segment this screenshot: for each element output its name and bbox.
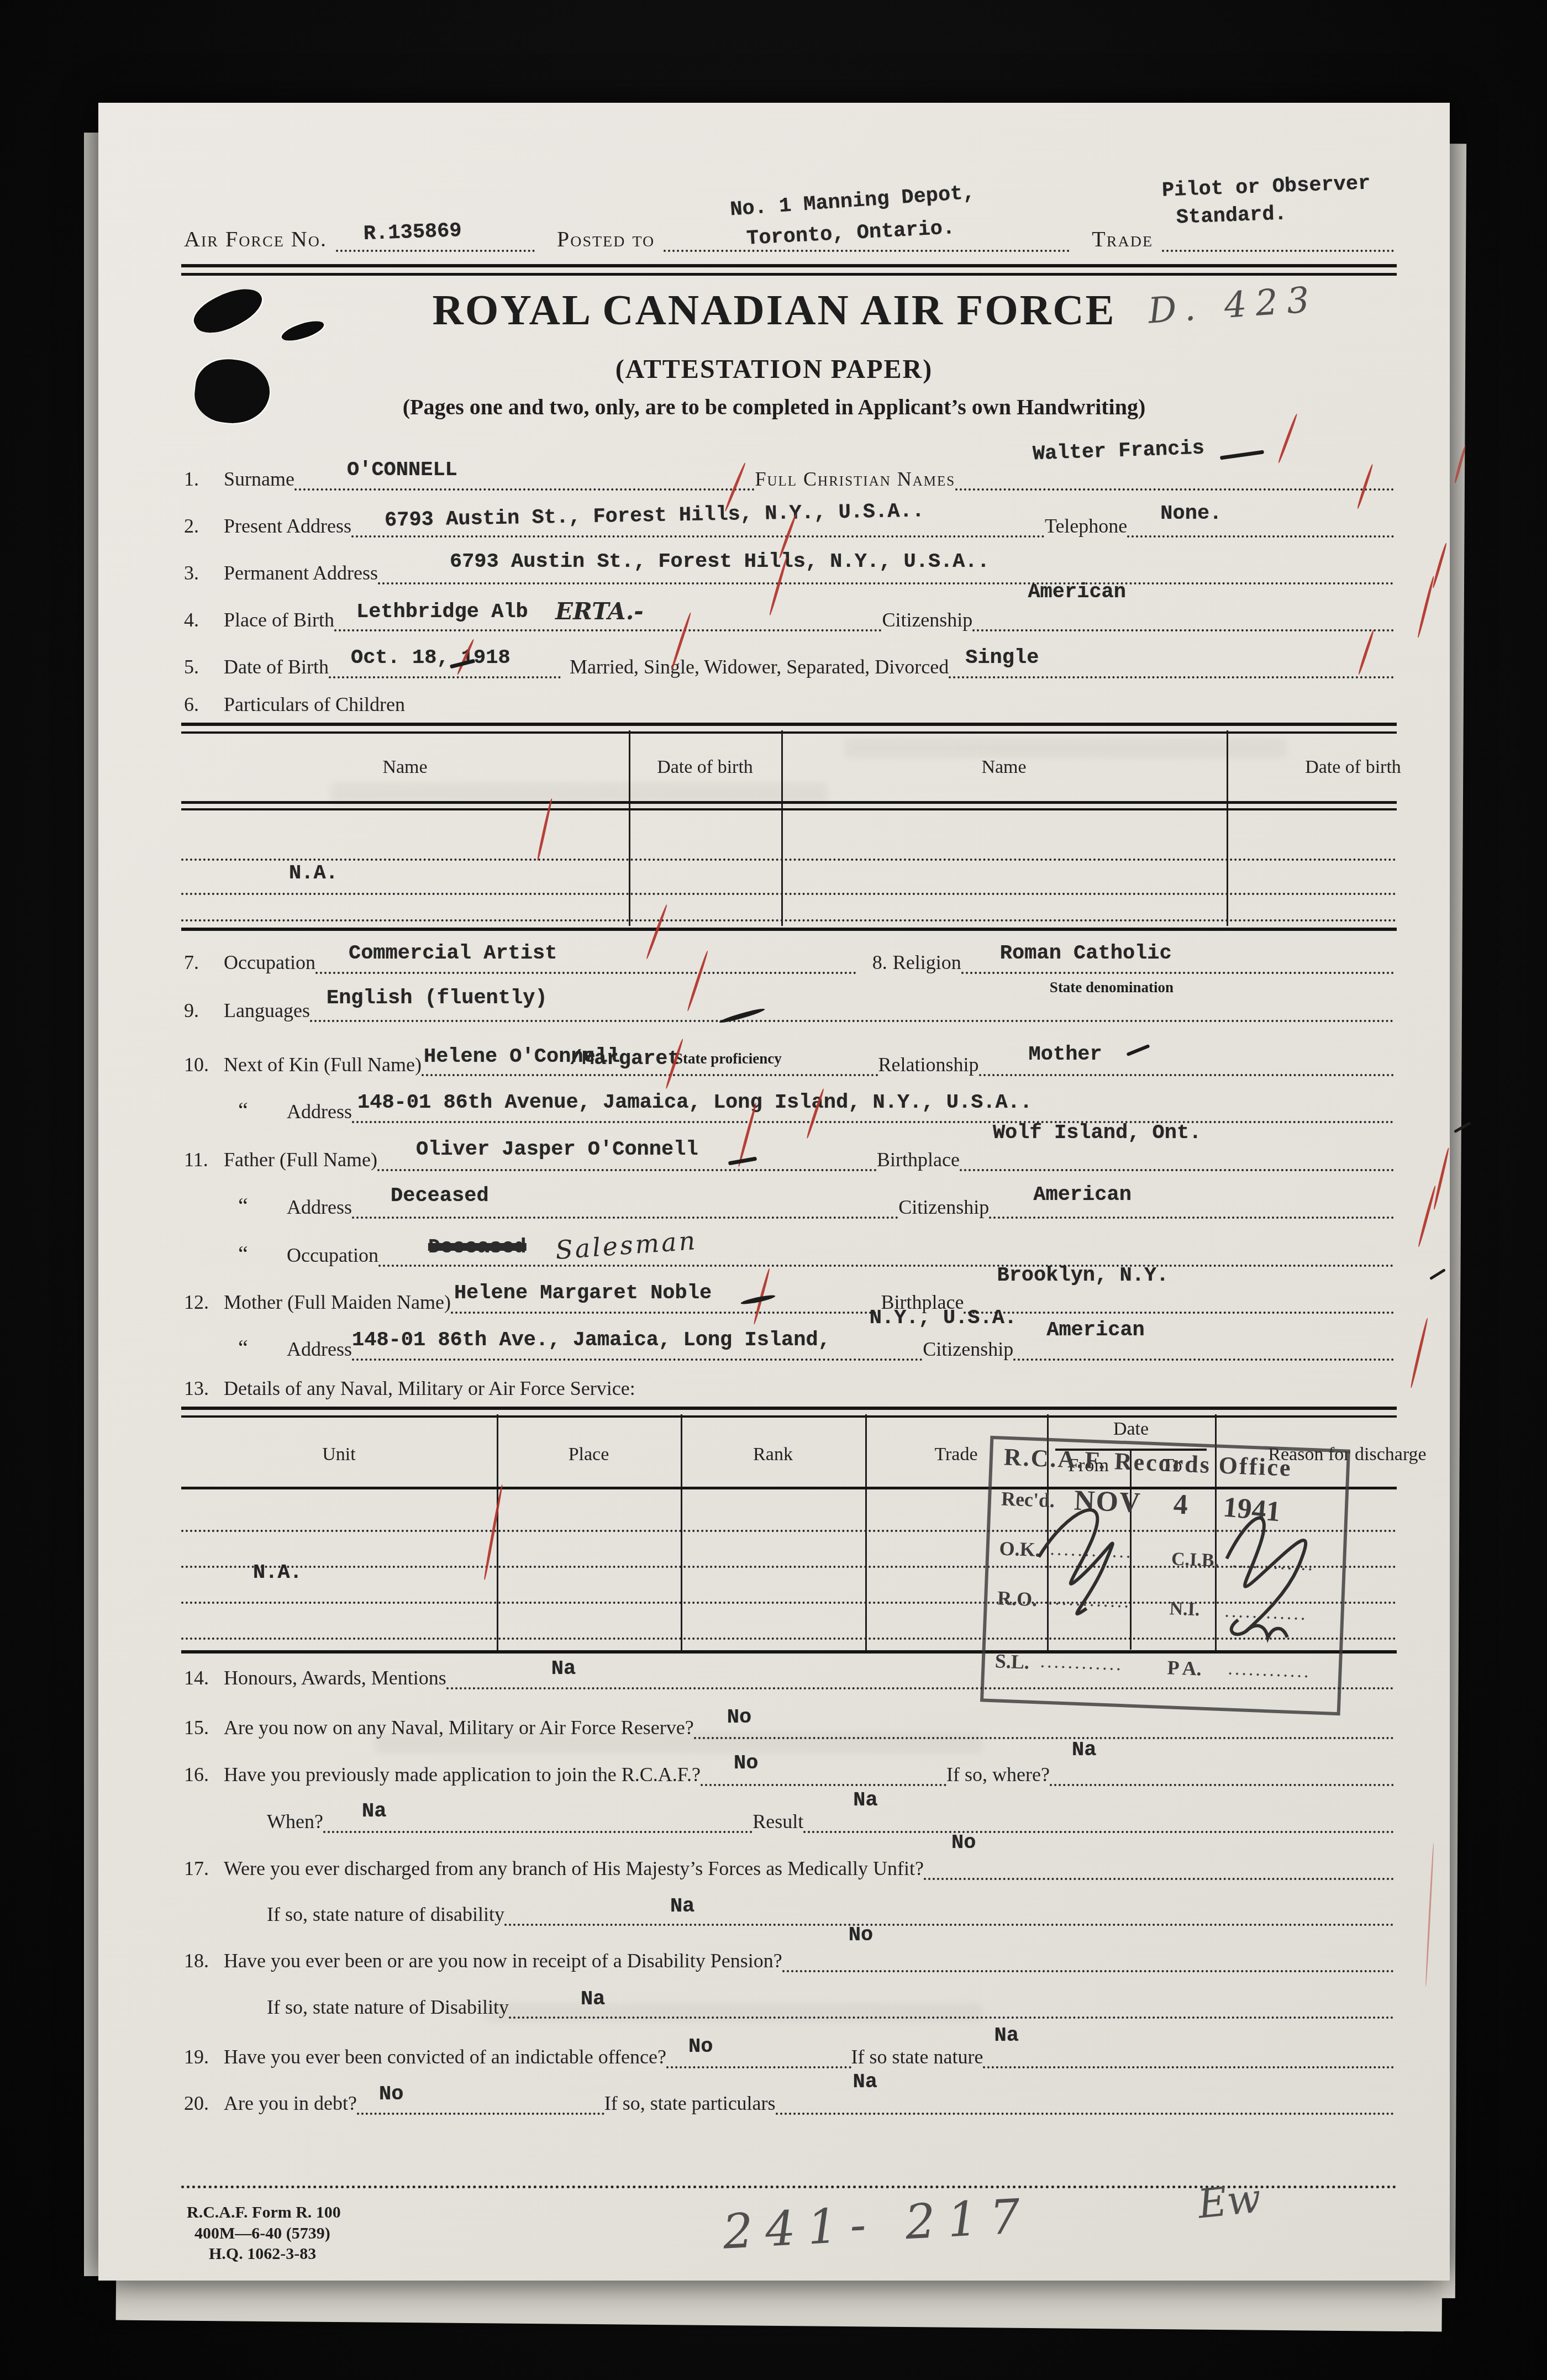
field-father-occupation-row: “ Occupation Deceased Salesman bbox=[184, 1227, 1394, 1267]
attestation-paper-sheet: Air Force No. R.135869 Posted to No. 1 M… bbox=[98, 103, 1450, 2281]
field-number: 4. bbox=[184, 608, 224, 631]
red-checkmark bbox=[1433, 1147, 1450, 1210]
children-col-dob-1: Date of birth bbox=[629, 757, 781, 778]
red-checkmark bbox=[1417, 576, 1435, 638]
field-debt-row: 20. Are you in debt? No If so, state par… bbox=[184, 2075, 1394, 2115]
previous-application-value: No bbox=[734, 1752, 758, 1775]
permanent-address-label: Permanent Address bbox=[224, 561, 378, 585]
citizenship-label: Citizenship bbox=[882, 608, 972, 631]
field-number: 20. bbox=[184, 2092, 224, 2115]
debt-particulars-value: Na bbox=[853, 2071, 877, 2094]
field-number: 9. bbox=[184, 999, 224, 1022]
indictable-offence-value: No bbox=[688, 2035, 713, 2058]
service-na-value: N.A. bbox=[253, 1561, 302, 1584]
mother-birthplace-line: Brooklyn, N.Y. bbox=[964, 1272, 1394, 1314]
table-dotted-row bbox=[181, 859, 1397, 861]
field-number: 7. bbox=[184, 951, 224, 974]
medically-unfit-label: Were you ever discharged from any branch… bbox=[224, 1857, 924, 1880]
languages-value: English (fluently) bbox=[327, 987, 548, 1010]
if-so-where-label: If so, where? bbox=[946, 1763, 1050, 1786]
field-number: 16. bbox=[184, 1763, 224, 1786]
field-kin-address-row: “ Address 148-01 86th Avenue, Jamaica, L… bbox=[184, 1083, 1394, 1123]
father-occupation-label: Occupation bbox=[287, 1244, 378, 1267]
father-name-value: Oliver Jasper O'Connell bbox=[416, 1138, 698, 1161]
instruction-block: (Pages one and two, only, are to be comp… bbox=[98, 394, 1450, 420]
form-number: R.C.A.F. Form R. 100 bbox=[187, 2202, 341, 2223]
mother-name-value: Helene Margaret Noble bbox=[454, 1282, 712, 1305]
telephone-value: None. bbox=[1160, 502, 1222, 525]
field-mother-row: 12. Mother (Full Maiden Name) Helene Mar… bbox=[184, 1274, 1394, 1314]
when-value: Na bbox=[362, 1800, 386, 1823]
field-number: 10. bbox=[184, 1053, 224, 1076]
marital-status-line: Single bbox=[949, 636, 1394, 678]
reserve-line: No bbox=[694, 1697, 1394, 1739]
surname-value: O'CONNELL bbox=[347, 459, 457, 482]
children-header-rule bbox=[181, 801, 1397, 810]
pencil-file-numbers: 241- 217 bbox=[722, 2188, 1034, 2260]
field-children-row: 6. Particulars of Children bbox=[184, 683, 1394, 716]
place-of-birth-handwritten-correction: ERTA.- bbox=[555, 598, 644, 625]
field-number: 1. bbox=[184, 467, 224, 491]
scanned-document-photo: { "colors":{"paper":"#e8e5df","ink":"#1e… bbox=[0, 0, 1547, 2380]
field-number: 17. bbox=[184, 1857, 224, 1880]
field-number: 15. bbox=[184, 1716, 224, 1739]
honours-line: Na bbox=[446, 1647, 1394, 1689]
previous-application-line: No bbox=[701, 1744, 946, 1786]
header-double-rule bbox=[181, 264, 1397, 276]
date-of-birth-value: Oct. 18, 1918 bbox=[351, 646, 511, 670]
disability-pension-line: No bbox=[782, 1930, 1394, 1972]
disability-nature-label: If so, state nature of disability bbox=[267, 1903, 504, 1926]
father-citizenship-value: American bbox=[1033, 1183, 1132, 1207]
father-occupation-struck-value: Deceased bbox=[428, 1236, 527, 1259]
surname-line: O'CONNELL bbox=[294, 449, 755, 491]
kin-address-label: Address bbox=[287, 1100, 352, 1123]
result-label: Result bbox=[753, 1810, 803, 1833]
present-address-label: Present Address bbox=[224, 514, 351, 538]
offence-nature-value: Na bbox=[994, 2024, 1018, 2047]
field-number: 19. bbox=[184, 2045, 224, 2068]
field-number: 18. bbox=[184, 1949, 224, 1972]
reserve-question-label: Are you now on any Naval, Military or Ai… bbox=[224, 1716, 694, 1739]
mother-birthplace-value: Brooklyn, N.Y. bbox=[997, 1264, 1169, 1287]
trade-line: Pilot or Observer Standard. bbox=[1162, 206, 1394, 252]
field-surname-row: 1. Surname O'CONNELL Full Christian Name… bbox=[184, 451, 1394, 491]
field-indictable-offence-row: 19. Have you ever been convicted of an i… bbox=[184, 2029, 1394, 2068]
father-name-line: Oliver Jasper O'Connell bbox=[377, 1129, 877, 1171]
red-checkmark bbox=[1432, 543, 1447, 588]
father-birthplace-line: Wolf Island, Ont. bbox=[960, 1129, 1394, 1171]
date-of-birth-line: Oct. 18, 1918 bbox=[329, 636, 561, 678]
print-run-code: 400M—6-40 (5739) bbox=[187, 2223, 341, 2244]
children-table: Name Date of birth Name Date of birth N.… bbox=[181, 723, 1397, 926]
father-address-line: Deceased bbox=[352, 1177, 898, 1219]
air-force-no-line: R.135869 bbox=[336, 206, 535, 252]
relationship-label: Relationship bbox=[878, 1053, 979, 1076]
debt-question-label: Are you in debt? bbox=[224, 2092, 357, 2115]
mother-address-overflow-value: N.Y., U.S.A. bbox=[870, 1307, 1017, 1330]
children-table-bottom-rule bbox=[181, 923, 1397, 931]
subtitle-block: (ATTESTATION PAPER) bbox=[98, 354, 1450, 385]
occupation-label: Occupation bbox=[224, 951, 315, 974]
field-service-row: 13. Details of any Naval, Military or Ai… bbox=[184, 1367, 1394, 1400]
indictable-offence-line: No bbox=[666, 2026, 851, 2068]
field-disability-nature2-row: If so, state nature of Disability Na bbox=[184, 1979, 1394, 2019]
trade-note-line1: Pilot or Observer bbox=[1161, 172, 1371, 202]
father-citizenship-line: American bbox=[989, 1177, 1394, 1219]
mother-citizenship-value: American bbox=[1046, 1319, 1145, 1342]
red-checkmark bbox=[1409, 1318, 1428, 1388]
offence-nature-label: If so state nature bbox=[851, 2045, 983, 2068]
debt-particulars-label: If so, state particulars bbox=[604, 2092, 776, 2115]
field-occupation-religion-row: 7. Occupation Commercial Artist 8. Relig… bbox=[184, 934, 1394, 974]
table-dotted-row bbox=[181, 893, 1397, 895]
christian-names-value: Walter Francis bbox=[1033, 437, 1205, 466]
relationship-value: Mother bbox=[1029, 1043, 1102, 1066]
kin-address-line: 148-01 86th Avenue, Jamaica, Long Island… bbox=[352, 1081, 1394, 1123]
telephone-line: None. bbox=[1127, 496, 1394, 538]
ditto-mark: “ bbox=[224, 1335, 287, 1361]
page-title: ROYAL CANADIAN AIR FORCE bbox=[432, 286, 1115, 334]
field-reserve-row: 15. Are you now on any Naval, Military o… bbox=[184, 1699, 1394, 1739]
surname-label: Surname bbox=[224, 467, 294, 491]
date-of-birth-label: Date of Birth bbox=[224, 655, 329, 678]
pencil-initials: Ew bbox=[1196, 2174, 1263, 2227]
field-medically-unfit-row: 17. Were you ever discharged from any br… bbox=[184, 1840, 1394, 1880]
field-permanent-address-row: 3. Permanent Address 6793 Austin St., Fo… bbox=[184, 545, 1394, 585]
field-birth-date-row: 5. Date of Birth Oct. 18, 1918 Married, … bbox=[184, 639, 1394, 678]
telephone-label: Telephone bbox=[1045, 514, 1127, 538]
languages-label: Languages bbox=[224, 999, 310, 1022]
children-col-name-2: Name bbox=[781, 757, 1227, 778]
father-occupation-handwritten-value: Salesman bbox=[554, 1225, 698, 1265]
marital-status-value: Single bbox=[965, 646, 1039, 670]
disability-pension-label: Have you ever been or are you now in rec… bbox=[224, 1949, 782, 1972]
service-col-date: Date bbox=[1047, 1419, 1215, 1440]
religion-value: Roman Catholic bbox=[1000, 942, 1172, 965]
children-label: Particulars of Children bbox=[224, 693, 405, 716]
next-of-kin-line: Helene O'Connell bbox=[422, 1034, 878, 1076]
handwriting-instruction: (Pages one and two, only, are to be comp… bbox=[403, 394, 1146, 419]
children-col-dob-2: Date of birth bbox=[1227, 757, 1480, 778]
disability-nature-value: Na bbox=[670, 1895, 694, 1918]
field-father-row: 11. Father (Full Name) Oliver Jasper O'C… bbox=[184, 1131, 1394, 1171]
service-col-place: Place bbox=[497, 1444, 681, 1465]
table-top-rule bbox=[181, 1407, 1397, 1418]
occupation-value: Commercial Artist bbox=[349, 942, 557, 965]
father-citizenship-label: Citizenship bbox=[898, 1196, 989, 1219]
disability-nature2-value: Na bbox=[581, 1988, 605, 2011]
father-birthplace-label: Birthplace bbox=[877, 1148, 960, 1171]
ditto-mark: “ bbox=[224, 1193, 287, 1219]
field-number: 3. bbox=[184, 561, 224, 585]
trade-note-line2: Standard. bbox=[1176, 203, 1287, 230]
when-label: When? bbox=[267, 1810, 323, 1833]
mother-address-line: 148-01 86th Ave., Jamaica, Long Island, … bbox=[352, 1319, 923, 1361]
field-father-address-row: “ Address Deceased Citizenship American bbox=[184, 1179, 1394, 1219]
red-checkmark bbox=[1425, 1843, 1434, 1987]
field-number: 2. bbox=[184, 514, 224, 538]
children-na-value: N.A. bbox=[289, 862, 338, 885]
field-next-of-kin-row: 10. Next of Kin (Full Name) Helene O'Con… bbox=[184, 1036, 1394, 1076]
posted-to-value-line2: Toronto, Ontario. bbox=[746, 217, 955, 251]
languages-line: English (fluently) /Margaret State profi… bbox=[310, 980, 1394, 1022]
indictable-offence-label: Have you ever been convicted of an indic… bbox=[224, 2045, 666, 2068]
debt-particulars-line: Na bbox=[776, 2073, 1394, 2115]
relationship-line: Mother bbox=[979, 1034, 1394, 1076]
marital-status-label: Married, Single, Widower, Separated, Div… bbox=[570, 655, 949, 678]
mother-citizenship-line: American bbox=[1013, 1319, 1394, 1361]
field-number: 12. bbox=[184, 1291, 224, 1314]
result-line: Na bbox=[803, 1791, 1394, 1833]
red-checkmark bbox=[1417, 1185, 1436, 1247]
posted-to-line: No. 1 Manning Depot, Toronto, Ontario. bbox=[664, 206, 1070, 252]
service-col-unit: Unit bbox=[181, 1444, 497, 1465]
kin-address-value: 148-01 86th Avenue, Jamaica, Long Island… bbox=[357, 1091, 1032, 1114]
medically-unfit-line: No bbox=[924, 1838, 1394, 1880]
medically-unfit-value: No bbox=[951, 1831, 976, 1855]
offence-nature-line: Na bbox=[983, 2026, 1394, 2068]
if-so-where-value: Na bbox=[1072, 1739, 1096, 1762]
permanent-address-value: 6793 Austin St., Forest Hills, N.Y., U.S… bbox=[450, 550, 990, 573]
permanent-address-line: 6793 Austin St., Forest Hills, N.Y., U.S… bbox=[378, 543, 1394, 585]
next-of-kin-value: Helene O'Connell bbox=[424, 1045, 620, 1068]
field-disability-pension-row: 18. Have you ever been or are you now in… bbox=[184, 1933, 1394, 1972]
father-address-value: Deceased bbox=[391, 1184, 489, 1208]
result-value: Na bbox=[853, 1789, 877, 1812]
disability-pension-value: No bbox=[849, 1924, 873, 1947]
field-mother-address-row: “ Address 148-01 86th Ave., Jamaica, Lon… bbox=[184, 1321, 1394, 1361]
disability-nature-line: Na bbox=[504, 1884, 1394, 1926]
posted-to-value-line1: No. 1 Manning Depot, bbox=[729, 182, 976, 222]
table-dotted-row bbox=[181, 919, 1397, 922]
father-name-label: Father (Full Name) bbox=[224, 1148, 377, 1171]
reserve-value: No bbox=[727, 1706, 751, 1729]
field-number: 6. bbox=[184, 693, 224, 716]
header-row: Air Force No. R.135869 Posted to No. 1 M… bbox=[184, 208, 1394, 252]
children-col-name-1: Name bbox=[181, 757, 629, 778]
field-number: 14. bbox=[184, 1666, 224, 1689]
christian-names-line: Walter Francis bbox=[955, 449, 1394, 491]
citizenship-line: American bbox=[972, 589, 1394, 631]
field-honours-row: 14. Honours, Awards, Mentions Na bbox=[184, 1650, 1394, 1689]
if-so-where-line: Na bbox=[1050, 1744, 1394, 1786]
mother-name-label: Mother (Full Maiden Name) bbox=[224, 1291, 451, 1314]
disability-nature2-line: Na bbox=[509, 1977, 1394, 2019]
honours-value: Na bbox=[551, 1657, 576, 1681]
field-languages-row: 9. Languages English (fluently) /Margare… bbox=[184, 982, 1394, 1022]
debt-line: No bbox=[357, 2073, 604, 2115]
occupation-line: Commercial Artist bbox=[315, 932, 856, 974]
field-number: 13. bbox=[184, 1377, 224, 1400]
service-details-label: Details of any Naval, Military or Air Fo… bbox=[224, 1377, 635, 1400]
posted-to-label: Posted to bbox=[557, 226, 655, 252]
father-address-label: Address bbox=[287, 1196, 352, 1219]
field-number: 5. bbox=[184, 655, 224, 678]
ditto-mark: “ bbox=[224, 1241, 287, 1267]
disability-nature2-label: If so, state nature of Disability bbox=[267, 1995, 509, 2019]
service-col-rank: Rank bbox=[681, 1444, 865, 1465]
field-previous-application-row: 16. Have you previously made application… bbox=[184, 1746, 1394, 1786]
previous-application-label: Have you previously made application to … bbox=[224, 1763, 701, 1786]
mother-address-value: 148-01 86th Ave., Jamaica, Long Island, bbox=[352, 1329, 830, 1352]
father-birthplace-value: Wolf Island, Ont. bbox=[993, 1121, 1201, 1145]
trade-label: Trade bbox=[1092, 226, 1153, 252]
field-when-result-row: When? Na Result Na bbox=[184, 1793, 1394, 1833]
subtitle: (ATTESTATION PAPER) bbox=[615, 355, 933, 384]
field-number: 8. bbox=[856, 951, 893, 974]
air-force-no-value: R.135869 bbox=[363, 219, 462, 246]
field-birth-place-row: 4. Place of Birth Lethbridge Alb ERTA.- … bbox=[184, 592, 1394, 631]
place-of-birth-value: Lethbridge Alb bbox=[356, 601, 528, 624]
citizenship-value: American bbox=[1028, 581, 1126, 604]
religion-label: Religion bbox=[893, 951, 961, 974]
ditto-mark: “ bbox=[224, 1097, 287, 1123]
christian-names-label: Full Christian Names bbox=[755, 467, 955, 491]
mother-name-line: Helene Margaret Noble bbox=[451, 1272, 881, 1314]
present-address-line: 6793 Austin St., Forest Hills, N.Y., U.S… bbox=[351, 496, 1045, 538]
present-address-value: 6793 Austin St., Forest Hills, N.Y., U.S… bbox=[385, 499, 925, 532]
field-number: 11. bbox=[184, 1148, 224, 1171]
honours-label: Honours, Awards, Mentions bbox=[224, 1666, 446, 1689]
field-disability-nature-row: If so, state nature of disability Na bbox=[184, 1886, 1394, 1926]
father-occupation-line: Deceased Salesman bbox=[378, 1225, 1394, 1267]
form-reference-block: R.C.A.F. Form R. 100 400M—6-40 (5739) H.… bbox=[187, 2202, 341, 2265]
hq-reference: H.Q. 1062-3-83 bbox=[187, 2244, 341, 2265]
next-of-kin-label: Next of Kin (Full Name) bbox=[224, 1053, 422, 1076]
mother-citizenship-label: Citizenship bbox=[923, 1338, 1013, 1361]
mother-address-label: Address bbox=[287, 1338, 352, 1361]
pen-mark bbox=[1429, 1268, 1446, 1280]
air-force-no-label: Air Force No. bbox=[184, 226, 327, 252]
table-top-rule bbox=[181, 723, 1397, 734]
when-line: Na bbox=[323, 1791, 753, 1833]
place-of-birth-label: Place of Birth bbox=[224, 608, 334, 631]
debt-value: No bbox=[379, 2083, 403, 2106]
place-of-birth-line: Lethbridge Alb ERTA.- bbox=[334, 589, 882, 631]
religion-line: Roman Catholic State denomination bbox=[961, 932, 1394, 974]
